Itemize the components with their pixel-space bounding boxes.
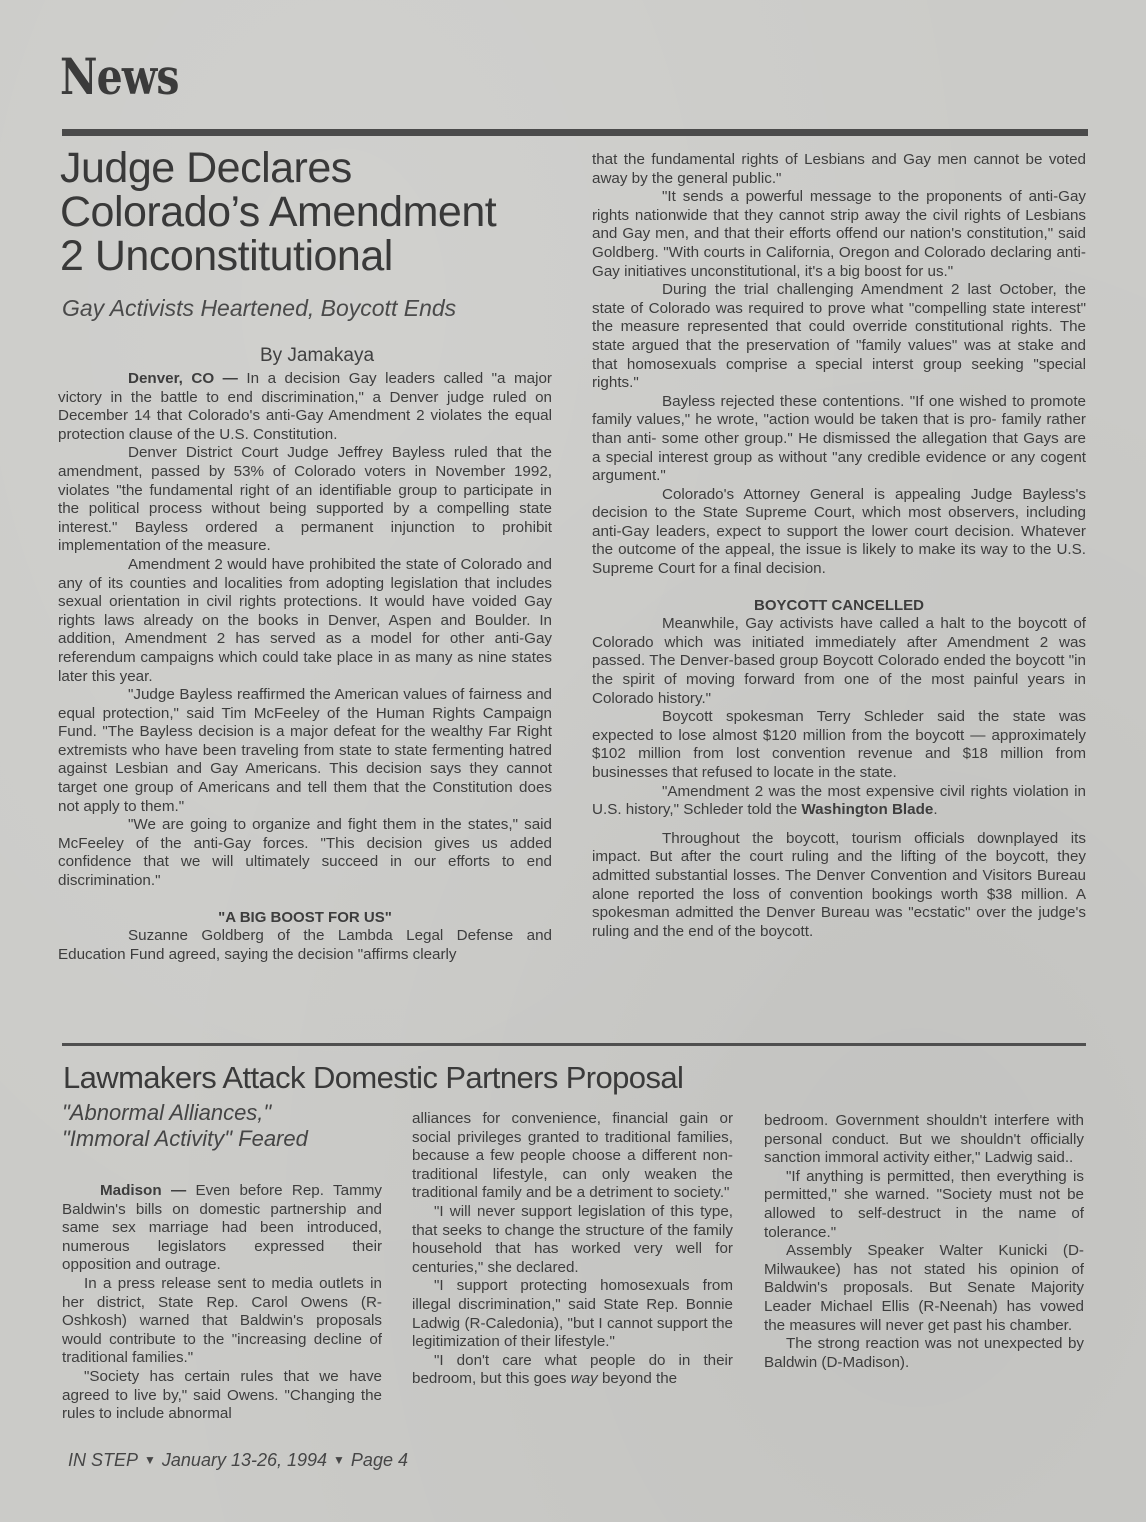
paragraph: "It sends a powerful message to the prop… <box>592 188 1086 281</box>
paragraph: bedroom. Government shouldn't interfere … <box>764 1112 1084 1168</box>
article2-headline: Lawmakers Attack Domestic Partners Propo… <box>63 1060 763 1096</box>
paragraph: "Judge Bayless reaffirmed the American v… <box>58 686 552 816</box>
dateline: Madison — <box>100 1182 186 1199</box>
paragraph-text: beyond the <box>598 1370 677 1387</box>
publication-name: Washington Blade <box>801 801 933 818</box>
article1-headline: Judge Declares Colorado’s Amendment 2 Un… <box>60 146 560 278</box>
paragraph: "I don't care what people do in their be… <box>412 1352 733 1389</box>
subhead: BOYCOTT CANCELLED <box>592 597 1086 616</box>
triangle-separator-icon: ▼ <box>144 1453 156 1467</box>
paragraph: Amendment 2 would have prohibited the st… <box>58 556 552 686</box>
article1-deck: Gay Activists Heartened, Boycott Ends <box>62 295 562 322</box>
paragraph: Madison — Even before Rep. Tammy Baldwin… <box>62 1182 382 1275</box>
paragraph: "Society has certain rules that we have … <box>62 1368 382 1424</box>
paragraph: Assembly Speaker Walter Kunicki (D-Milwa… <box>764 1242 1084 1335</box>
header-rule <box>62 129 1088 136</box>
paragraph: Boycott spokesman Terry Schleder said th… <box>592 708 1086 782</box>
paragraph-text: . <box>933 801 937 818</box>
paragraph: "We are going to organize and fight them… <box>58 816 552 890</box>
article2-deck: "Abnormal Alliances," "Immoral Activity"… <box>62 1100 392 1152</box>
newspaper-page: News Judge Declares Colorado’s Amendment… <box>0 0 1146 1522</box>
paragraph: Bayless rejected these contentions. "If … <box>592 393 1086 486</box>
paragraph: Colorado's Attorney General is appealing… <box>592 486 1086 579</box>
issue-date: January 13-26, 1994 <box>162 1450 327 1470</box>
paragraph: "If anything is permitted, then everythi… <box>764 1168 1084 1242</box>
article1-byline: By Jamakaya <box>62 345 552 367</box>
paragraph: Meanwhile, Gay activists have called a h… <box>592 615 1086 708</box>
paragraph: "Amendment 2 was the most expensive civi… <box>592 783 1086 820</box>
emphasis: way <box>571 1370 598 1387</box>
page-number: Page 4 <box>351 1450 408 1470</box>
subhead: "A BIG BOOST FOR US" <box>58 909 552 928</box>
paragraph: In a press release sent to media outlets… <box>62 1275 382 1368</box>
dateline: Denver, CO — <box>128 370 238 387</box>
deck-line: "Abnormal Alliances," <box>62 1100 392 1126</box>
article1-column-1: Denver, CO — In a decision Gay leaders c… <box>58 370 552 964</box>
publication-name: IN STEP <box>68 1450 138 1470</box>
paragraph: Denver District Court Judge Jeffrey Bayl… <box>58 444 552 556</box>
article2-column-1: Madison — Even before Rep. Tammy Baldwin… <box>62 1182 382 1424</box>
triangle-separator-icon: ▼ <box>333 1453 345 1467</box>
article2-column-3: bedroom. Government shouldn't interfere … <box>764 1112 1084 1372</box>
article1-column-2: that the fundamental rights of Lesbians … <box>592 151 1086 941</box>
paragraph: Denver, CO — In a decision Gay leaders c… <box>58 370 552 444</box>
paragraph: that the fundamental rights of Lesbians … <box>592 151 1086 188</box>
page-footer: IN STEP▼January 13-26, 1994▼Page 4 <box>68 1450 408 1471</box>
paragraph: The strong reaction was not unexpected b… <box>764 1335 1084 1372</box>
paragraph: alliances for convenience, financial gai… <box>412 1110 733 1203</box>
headline-line: Judge Declares <box>60 146 560 190</box>
headline-line: 2 Unconstitutional <box>60 234 560 278</box>
paragraph: Suzanne Goldberg of the Lambda Legal Def… <box>58 927 552 964</box>
article-divider <box>62 1043 1086 1046</box>
paragraph: "I support protecting homosexuals from i… <box>412 1277 733 1351</box>
paragraph: Throughout the boycott, tourism official… <box>592 830 1086 942</box>
paragraph: "I will never support legislation of thi… <box>412 1203 733 1277</box>
article2-column-2: alliances for convenience, financial gai… <box>412 1110 733 1389</box>
section-title: News <box>60 52 179 102</box>
paragraph: During the trial challenging Amendment 2… <box>592 281 1086 393</box>
headline-line: Colorado’s Amendment <box>60 190 560 234</box>
deck-line: "Immoral Activity" Feared <box>62 1126 392 1152</box>
